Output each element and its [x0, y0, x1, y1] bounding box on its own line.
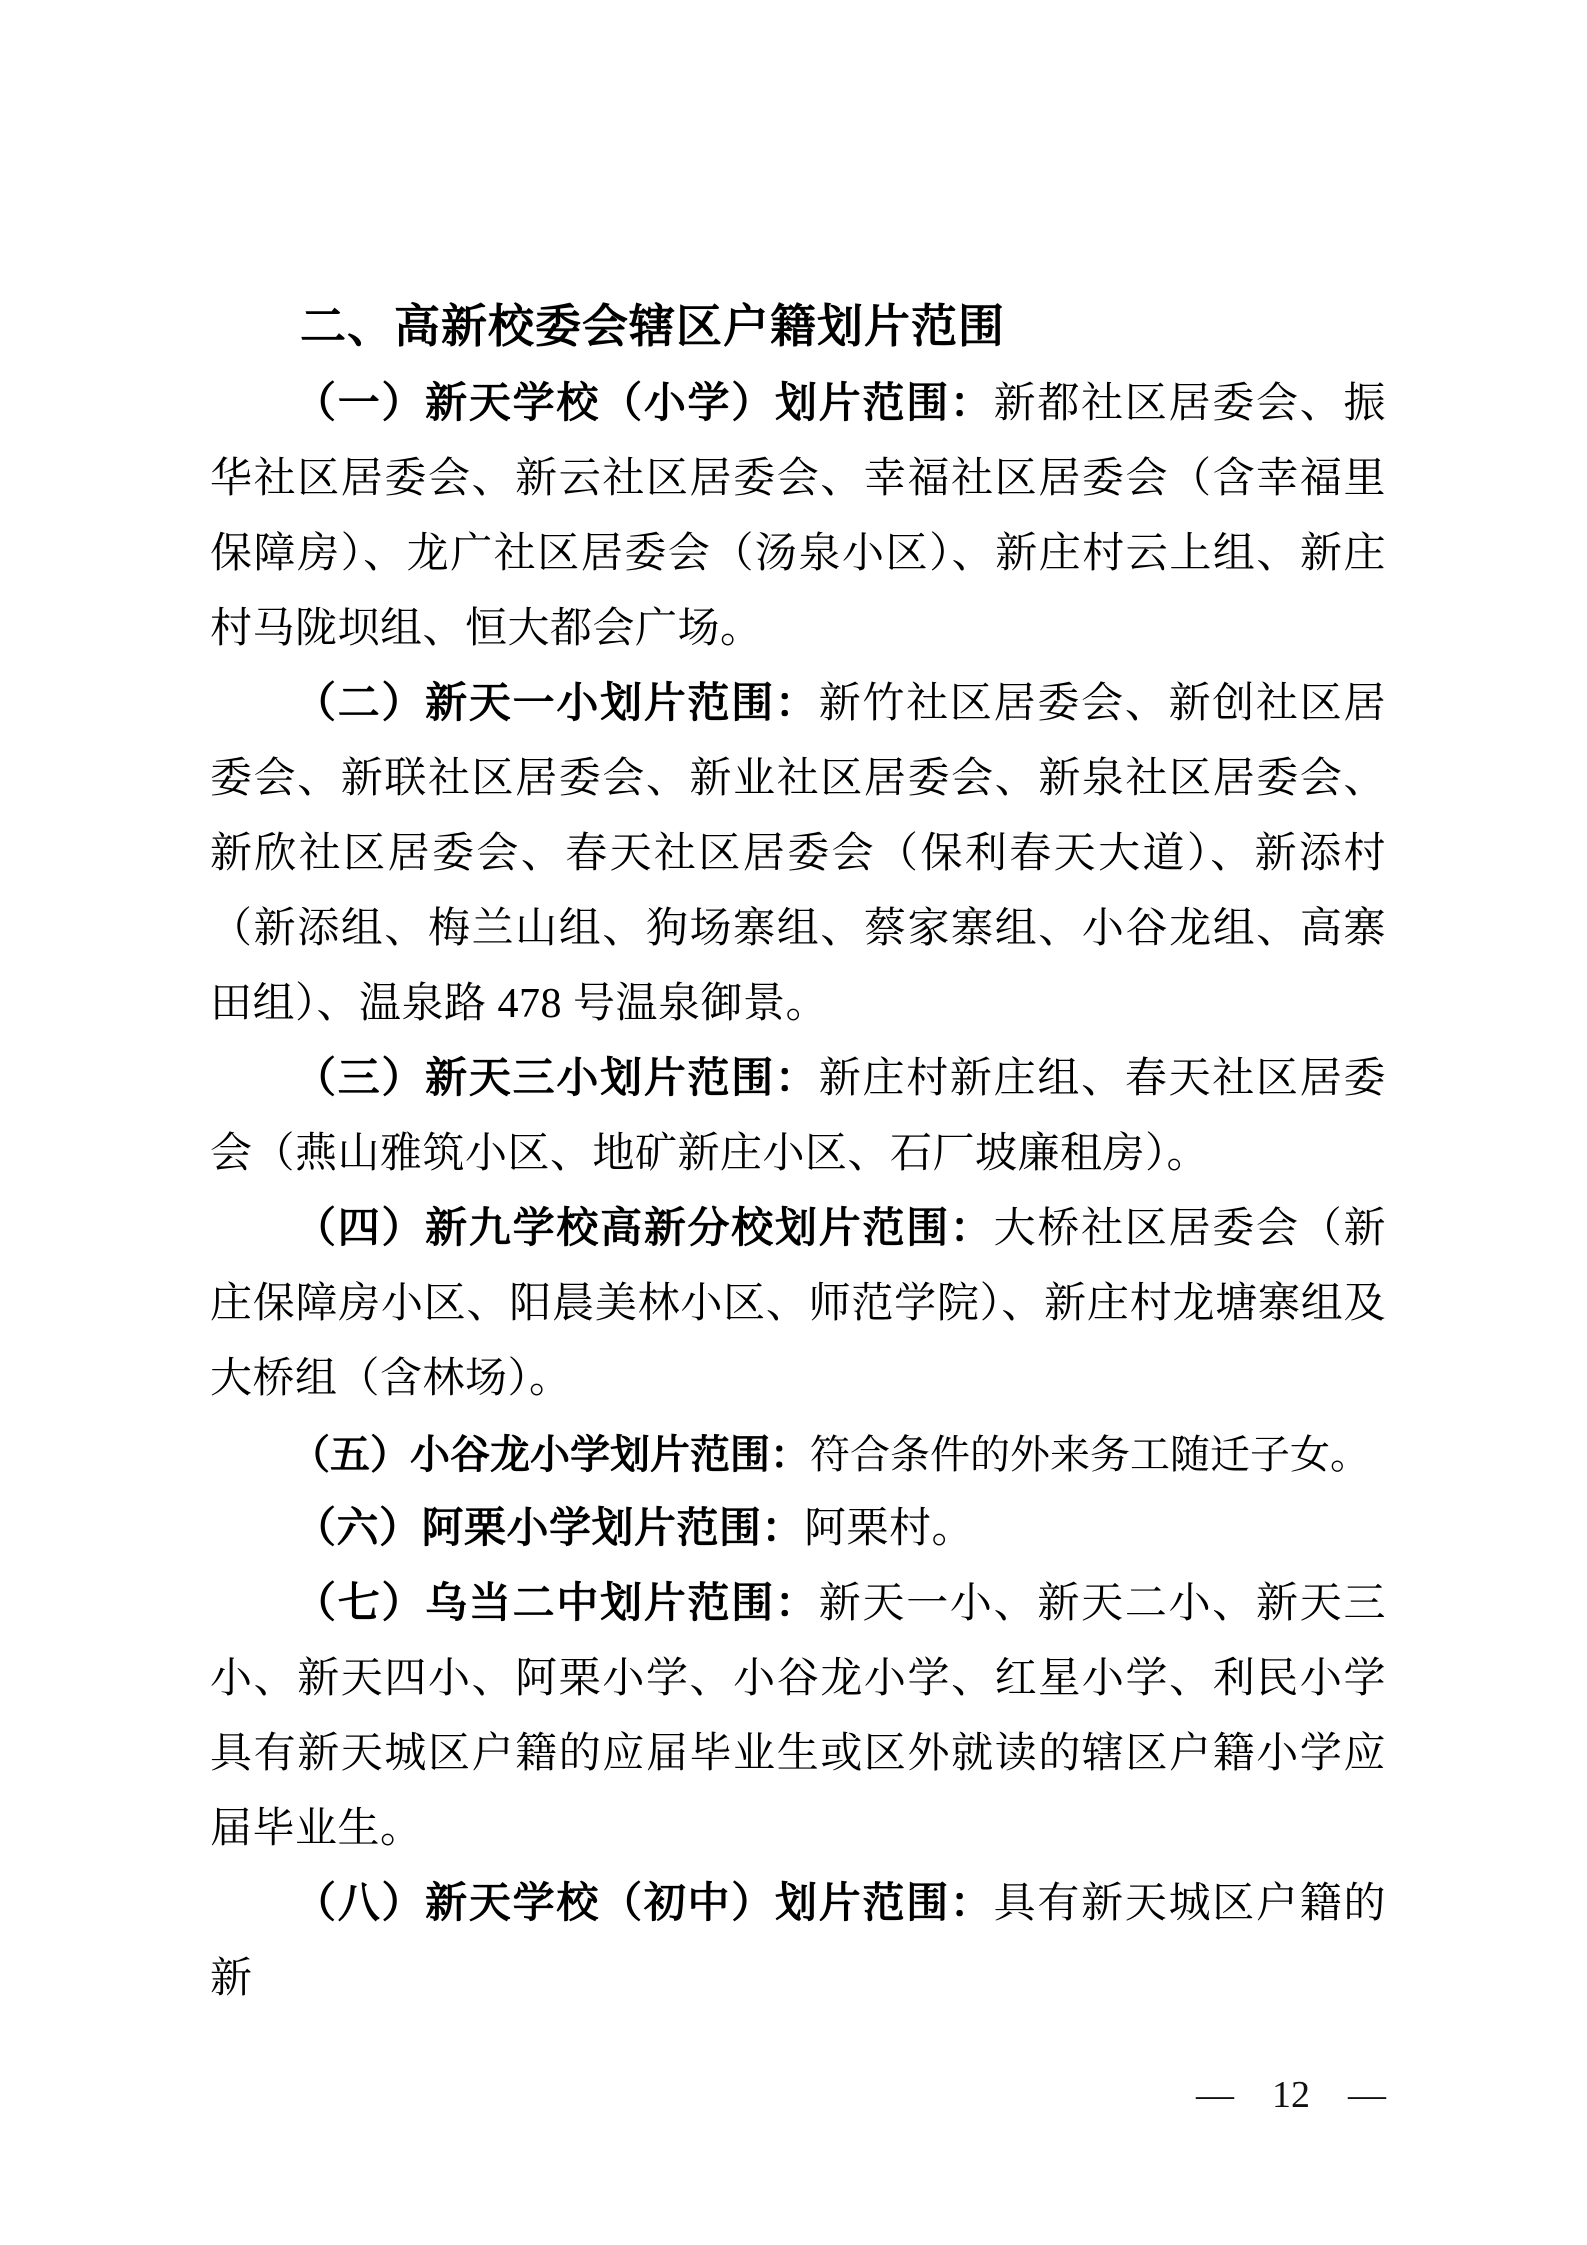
footer-dash-right: — [1348, 2072, 1386, 2118]
paragraph-3: （三）新天三小划片范围：新庄村新庄组、春天社区居委会（燕山雅筑小区、地矿新庄小区… [210, 1042, 1386, 1192]
paragraph-6: （六）阿栗小学划片范围：阿栗村。 [210, 1492, 1386, 1567]
paragraph-1-lead: （一）新天学校（小学）划片范围： [294, 381, 994, 427]
document-page: 二、高新校委会辖区户籍划片范围 （一）新天学校（小学）划片范围：新都社区居委会、… [0, 0, 1587, 2245]
paragraph-5-body: 符合条件的外来务工随迁子女。 [810, 1432, 1370, 1477]
paragraph-5: （五）小谷龙小学划片范围：符合条件的外来务工随迁子女。 [210, 1417, 1386, 1492]
paragraph-2: （二）新天一小划片范围：新竹社区居委会、新创社区居委会、新联社区居委会、新业社区… [210, 667, 1386, 1042]
document-content: 二、高新校委会辖区户籍划片范围 （一）新天学校（小学）划片范围：新都社区居委会、… [210, 289, 1386, 2017]
paragraph-2-body: 新竹社区居委会、新创社区居委会、新联社区居委会、新业社区居委会、新泉社区居委会、… [210, 681, 1386, 1027]
page-number: 12 [1272, 2072, 1310, 2118]
paragraph-5-lead: （五）小谷龙小学划片范围： [290, 1432, 810, 1477]
paragraph-8-lead: （八）新天学校（初中）划片范围： [294, 1881, 994, 1927]
paragraph-2-lead: （二）新天一小划片范围： [294, 681, 819, 727]
paragraph-6-body: 阿栗村。 [804, 1506, 974, 1552]
paragraph-7-lead: （七）乌当二中划片范围： [294, 1581, 819, 1627]
paragraph-4: （四）新九学校高新分校划片范围：大桥社区居委会（新庄保障房小区、阳晨美林小区、师… [210, 1192, 1386, 1417]
paragraph-3-lead: （三）新天三小划片范围： [294, 1056, 819, 1102]
paragraph-7: （七）乌当二中划片范围：新天一小、新天二小、新天三小、新天四小、阿栗小学、小谷龙… [210, 1567, 1386, 1867]
footer-dash-left: — [1196, 2072, 1234, 2118]
paragraph-6-lead: （六）阿栗小学划片范围： [294, 1506, 804, 1552]
page-footer: —12— [210, 2072, 1386, 2118]
paragraph-4-lead: （四）新九学校高新分校划片范围： [294, 1206, 994, 1252]
section-title: 二、高新校委会辖区户籍划片范围 [210, 289, 1386, 364]
paragraph-1: （一）新天学校（小学）划片范围：新都社区居委会、振华社区居委会、新云社区居委会、… [210, 367, 1386, 667]
paragraph-8: （八）新天学校（初中）划片范围：具有新天城区户籍的新 [210, 1867, 1386, 2017]
